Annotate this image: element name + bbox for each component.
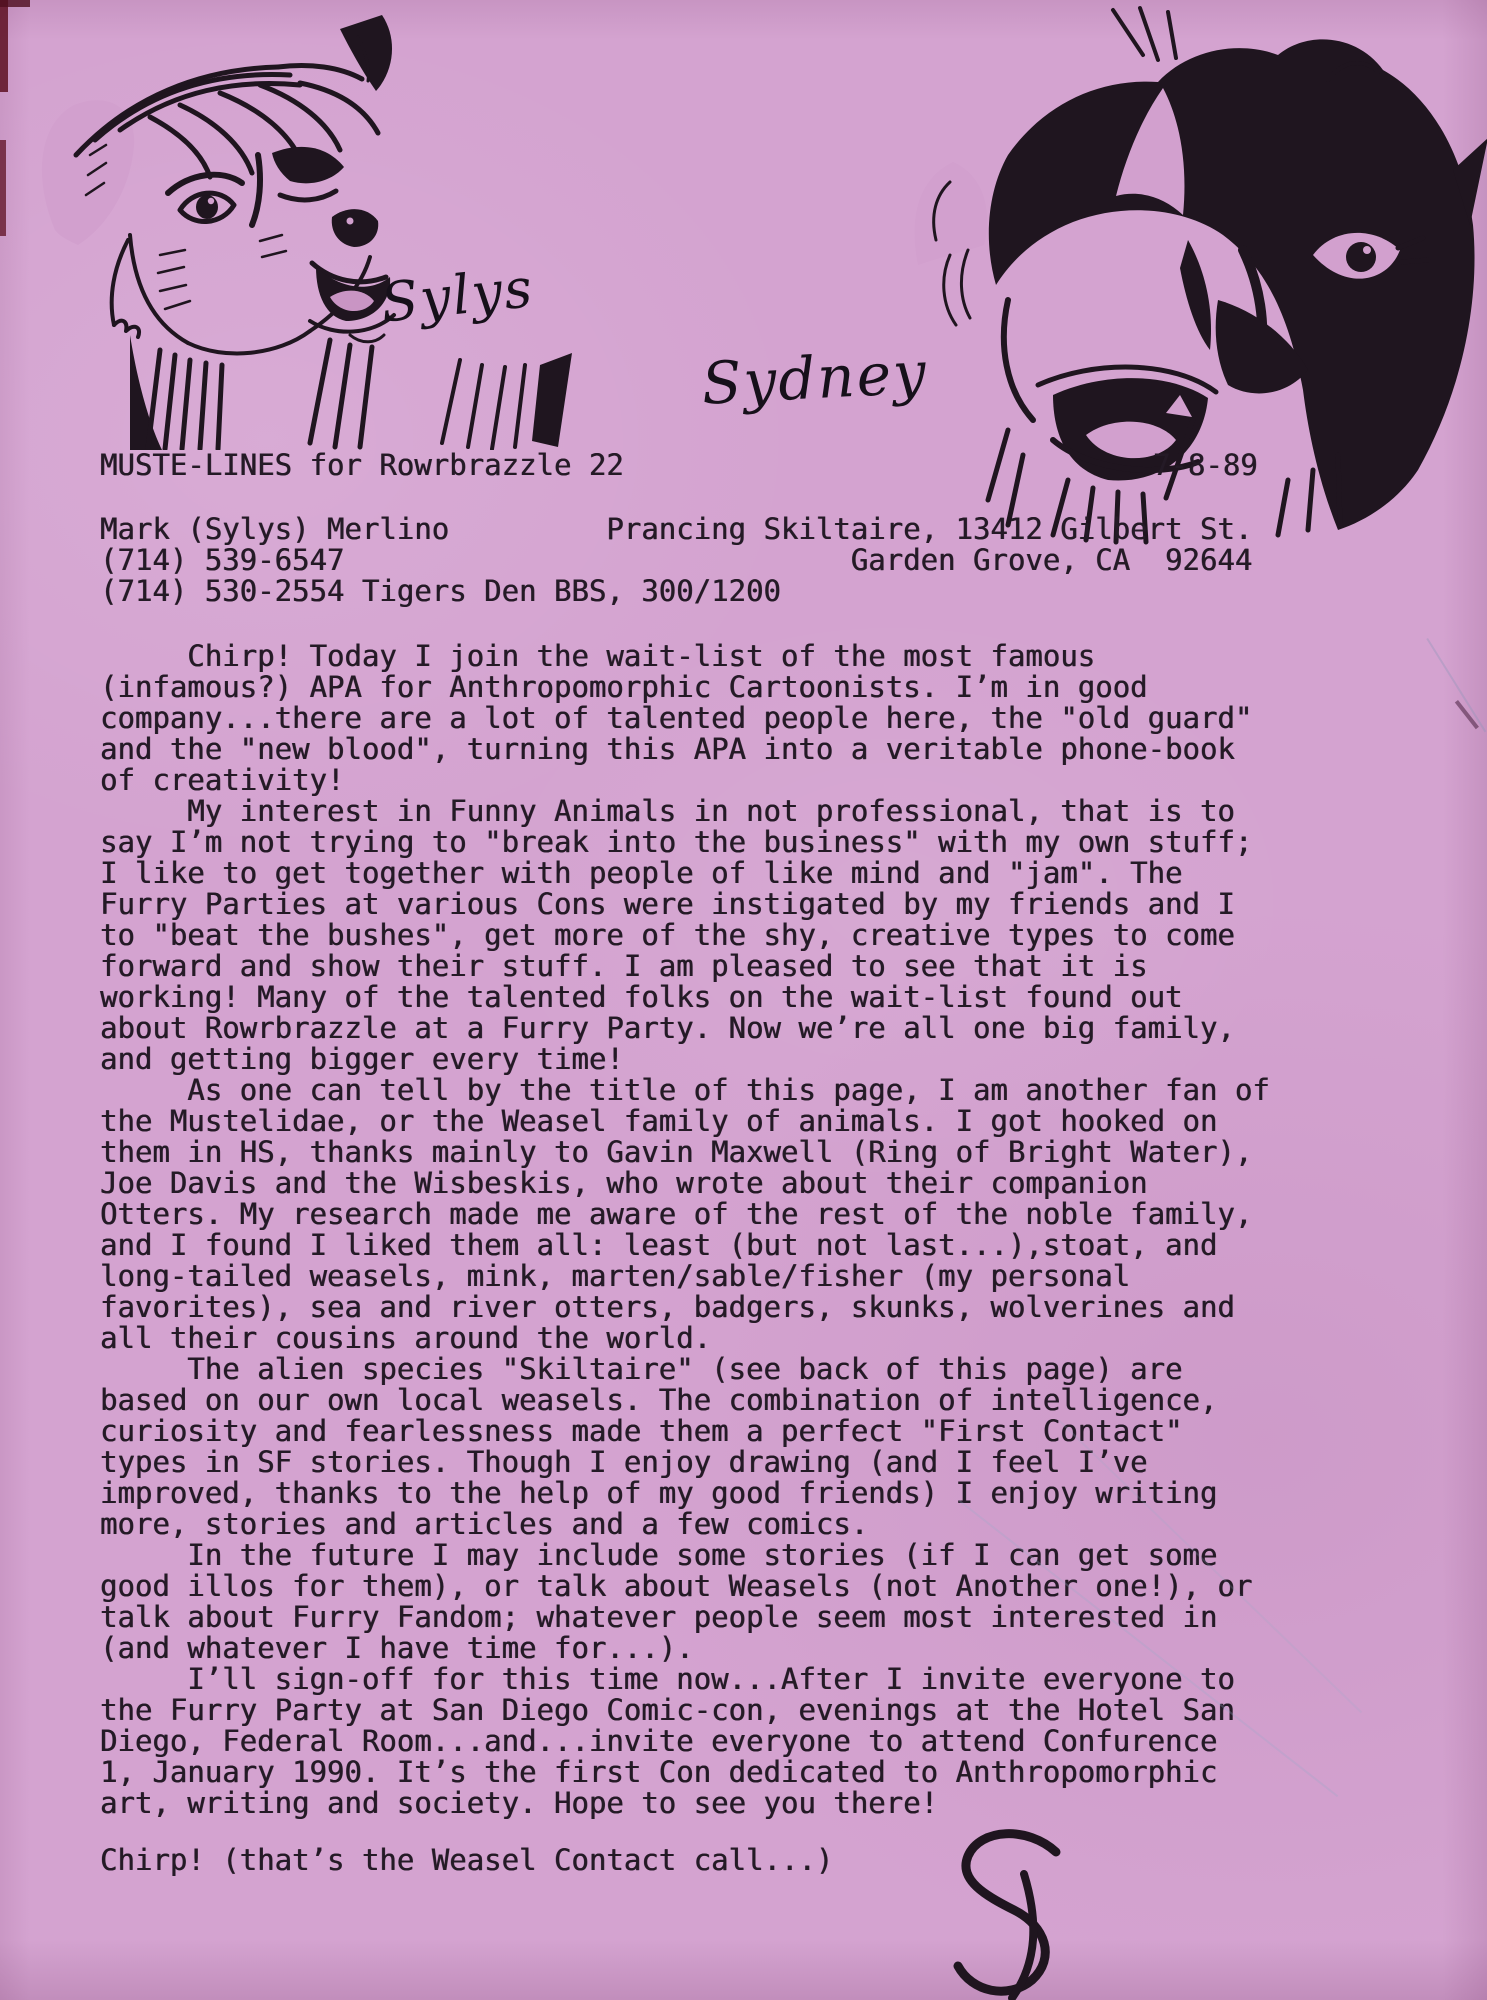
paragraph: I’ll sign-off for this time now...After … — [100, 1664, 1270, 1819]
body-text: Chirp! Today I join the wait-list of the… — [100, 641, 1270, 1819]
paper-crease — [1426, 638, 1486, 732]
page-title: MUSTE-LINES for Rowrbrazzle 22 — [100, 450, 624, 481]
contact-block: Mark (Sylys) Merlino Prancing Skiltaire,… — [100, 514, 1252, 607]
page-date: 7-8-89 — [1153, 450, 1258, 481]
signature-monogram — [928, 1822, 1098, 2000]
sylys-weasel-illustration — [10, 5, 610, 450]
scan-edge-artifact — [0, 0, 30, 7]
scanned-page: Sylys Sydney MUSTE-LINES for Rowrbrazzle… — [0, 0, 1487, 2000]
paragraph: My interest in Funny Animals in not prof… — [100, 796, 1270, 1075]
scan-edge-artifact — [0, 140, 6, 236]
paragraph: In the future I may include some stories… — [100, 1540, 1270, 1664]
handwritten-name-sydney: Sydney — [700, 338, 929, 418]
paragraph: As one can tell by the title of this pag… — [100, 1075, 1270, 1354]
paper-crease — [1455, 700, 1479, 729]
scan-edge-artifact — [0, 0, 8, 92]
paragraph: The alien species "Skiltaire" (see back … — [100, 1354, 1270, 1540]
paragraph: Chirp! Today I join the wait-list of the… — [100, 641, 1270, 796]
closing-line: Chirp! (that’s the Weasel Contact call..… — [100, 1845, 833, 1876]
